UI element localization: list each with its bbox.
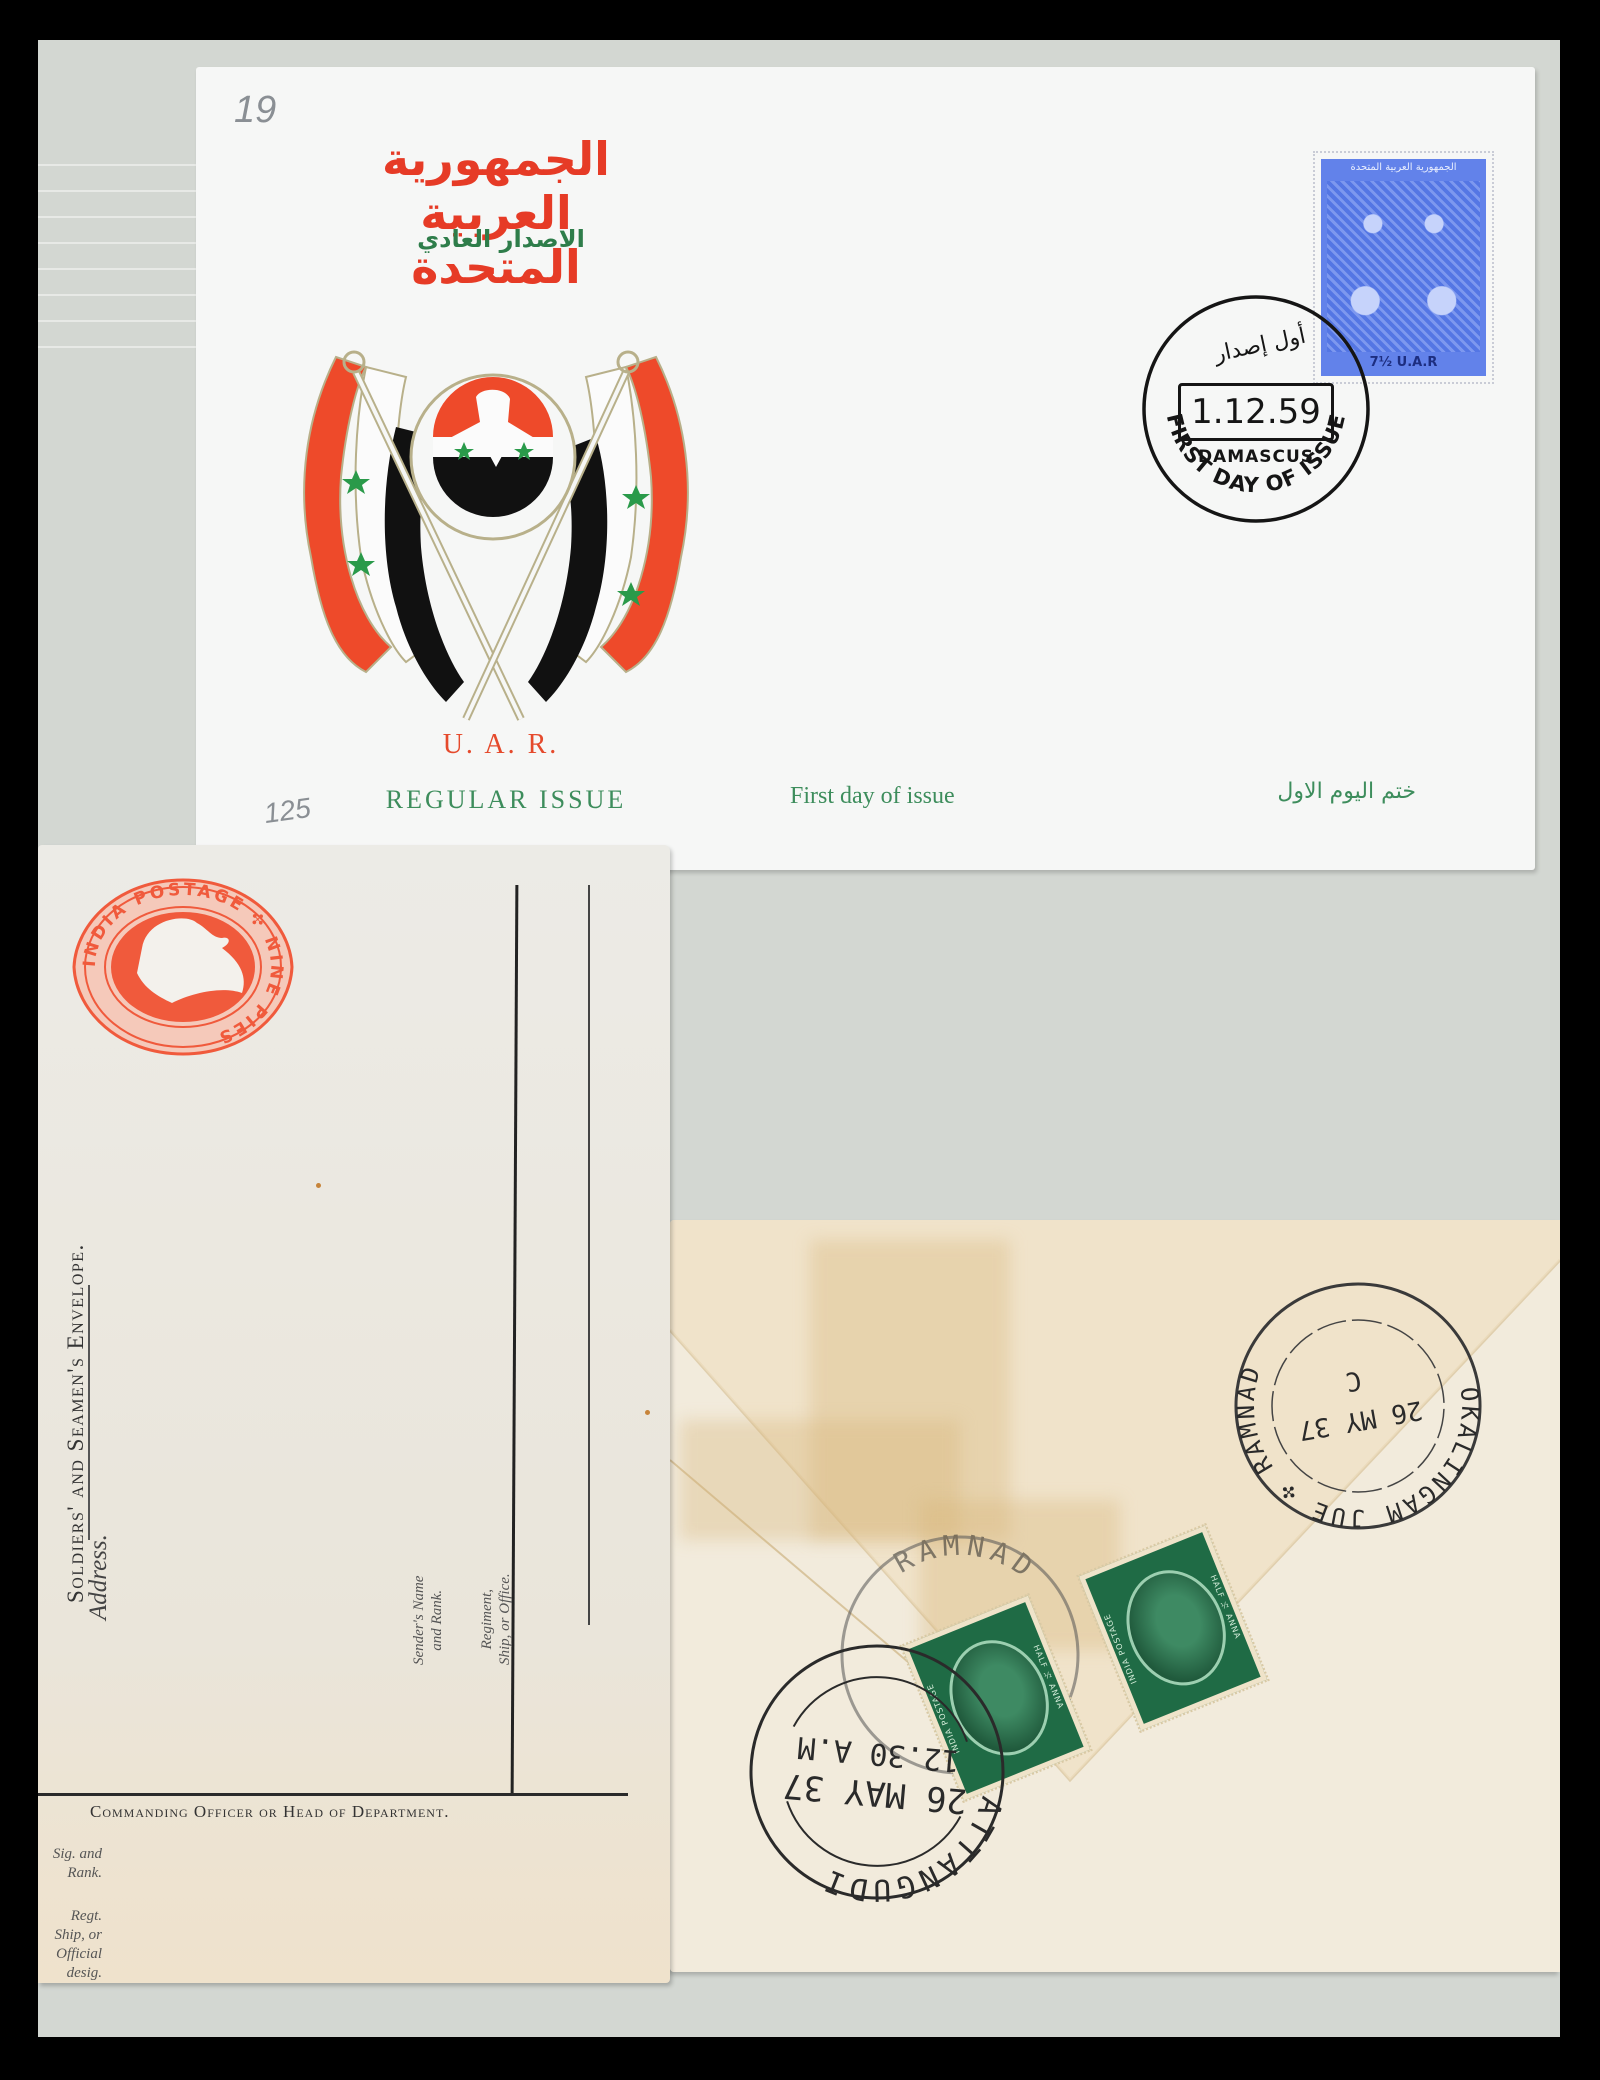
footer-divider-line (38, 1793, 628, 1796)
address-label: Address. (85, 1534, 113, 1620)
pencil-price: 125 (262, 792, 313, 830)
issue-label: REGULAR ISSUE (346, 785, 666, 815)
foxing-spot (645, 1410, 650, 1415)
foxing-spot (316, 1183, 321, 1188)
crossed-flags-emblem-icon (296, 327, 696, 727)
signature-label: Sig. and Rank. (32, 1845, 102, 1883)
attangudi-postmark: ATTANGUDI 26 MAY 37 12.30 A.M (745, 1640, 1010, 1905)
ramnad-postmark: OKALINGAM JUE ✣ RAMNAD 26 MY 37 C (1230, 1278, 1486, 1534)
country-label: U. A. R. (376, 729, 626, 761)
first-day-label: First day of issue (790, 783, 955, 810)
album-page-ruling (38, 140, 198, 370)
regt-label: Regt. Ship, or Official desig. (32, 1907, 102, 1983)
title-underline (88, 1285, 90, 1540)
sender-divider-line (588, 885, 590, 1625)
svg-text:26 MY 37: 26 MY 37 (1296, 1394, 1425, 1445)
india-postage-nine-pies-embossed-stamp: INDIA POSTAGE ✣ NINE PIES (72, 878, 294, 1056)
svg-text:C: C (1343, 1364, 1364, 1396)
sender-label: Sender's Name and Rank. (410, 1576, 446, 1665)
postmark-date: 1.12.59 (1178, 383, 1334, 441)
stamp-header: الجمهورية العربية المتحدة (1325, 162, 1482, 178)
uar-first-day-cover: 19 125 الجمهورية العربية المتحدة الاصدار… (196, 67, 1535, 870)
arabic-subtitle: الاصدار العادي (376, 225, 626, 253)
pencil-page-number: 19 (234, 89, 276, 132)
postmark-city: DAMASCUS (1138, 447, 1374, 467)
commanding-officer-label: Commanding Officer or Head of Department… (90, 1802, 450, 1822)
first-day-label-arabic: ختم اليوم الاول (1256, 779, 1416, 804)
soldiers-seamens-envelope: INDIA POSTAGE ✣ NINE PIES Soldiers' and … (38, 845, 670, 1983)
arabic-title: الجمهورية العربية المتحدة (331, 132, 661, 294)
india-cover-back: OKALINGAM JUE ✣ RAMNAD 26 MY 37 C RAMNAD… (670, 1220, 1560, 1972)
regiment-label: Regiment, Ship, or Office. (478, 1573, 514, 1665)
damascus-postmark: FIRST DAY OF ISSUE أول إصدار 1.12.59 DAM… (1138, 291, 1374, 527)
